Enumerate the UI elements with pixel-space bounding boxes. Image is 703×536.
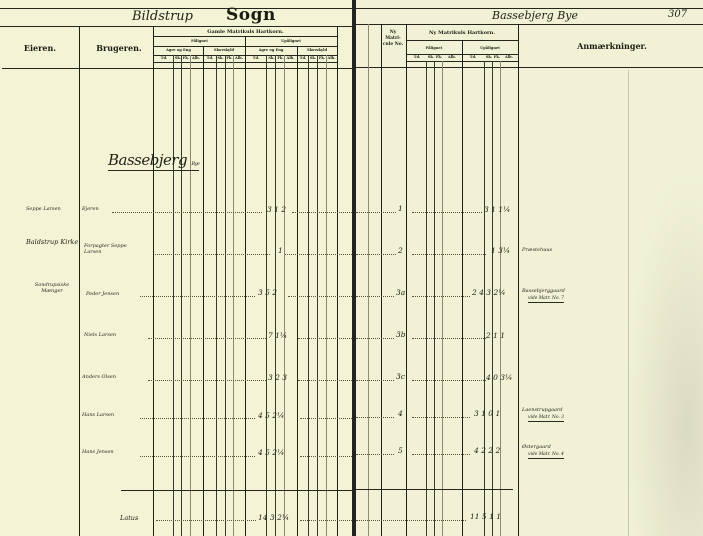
old-hartkorn-value: 3 2 3: [268, 373, 287, 382]
user-cell: Hans Larsen: [82, 412, 114, 418]
col-rule: [284, 55, 285, 536]
hartkorn-remarks-divider: [518, 24, 519, 536]
dot-leader: [140, 418, 255, 420]
dot-leader: [298, 380, 352, 382]
page-number: 307: [668, 9, 687, 20]
unit-td: Td.: [247, 56, 265, 60]
unit-alb: Alb.: [502, 55, 516, 59]
total-value: 14 3 2¼: [258, 513, 289, 522]
unit-fk: Fk.: [182, 56, 190, 60]
dot-leader: [356, 296, 394, 298]
old-hartkorn-header: Gamle Matrikuls Hartkorn.: [154, 29, 337, 35]
new-hartkorn-value: 3 1 0 1: [474, 409, 500, 418]
new-matrikel-no-header: Ny Matri-cule No.: [382, 30, 404, 48]
dot-leader: [140, 456, 255, 458]
village-name: Bassebjerg: [108, 151, 187, 169]
col-rule: [297, 46, 298, 536]
total-value: 11 5 1 1: [470, 512, 501, 521]
old-hartkorn-value: 3 1 2: [267, 205, 286, 214]
unit-alb: Alb.: [234, 56, 244, 60]
new-hartkorn-value: 2 4 3 2¼: [472, 288, 506, 297]
matrikel-right-divider: [406, 24, 407, 536]
assessed-divider: [245, 36, 246, 536]
unit-td: Td.: [408, 55, 426, 59]
owner-user-divider: [79, 26, 80, 536]
dot-leader: [288, 296, 352, 298]
dot-leader: [300, 520, 352, 522]
remark-cell: Laenstrupgaard: [522, 407, 563, 413]
village-suffix: Bye: [191, 161, 199, 167]
new-unassessed-header: Upålignet: [462, 46, 518, 50]
old-forest-2: Skovskyld: [297, 48, 337, 52]
new-hartkorn-value: 4 2 2 2: [474, 446, 500, 455]
user-cell: Ejeren: [82, 206, 99, 212]
unit-td: Td.: [204, 56, 216, 60]
remark-sub: vide Matr. No. 7: [528, 296, 564, 303]
dot-leader: [155, 254, 270, 256]
old-unassessed-header: Upålignet: [245, 39, 337, 43]
dot-leader: [156, 520, 256, 522]
faint-guide: [628, 70, 629, 536]
dot-leader: [412, 380, 486, 382]
dot-leader: [356, 254, 396, 256]
user-hartkorn-divider: [153, 26, 154, 536]
unit-alb: Alb.: [285, 56, 296, 60]
remarks-column-header: Anmærkninger.: [552, 41, 672, 51]
right-page: Bassebjerg Bye 307 Ny Matri-cule No. Ny …: [356, 0, 703, 536]
total-rule: [356, 489, 513, 490]
unit-alb: Alb.: [190, 56, 202, 60]
old-field-meadow-2: Agre og Eng: [245, 48, 297, 52]
unit-fk: Fk.: [318, 56, 326, 60]
matrikel-number: 3b: [396, 330, 406, 339]
user-cell: Forpagter Seppe Larsen: [84, 243, 144, 255]
dot-leader: [356, 338, 394, 340]
col-rule: [492, 61, 493, 536]
matrikel-number: 3c: [396, 372, 405, 381]
new-hartkorn-value: 4 0 3¼: [486, 373, 512, 382]
unit-sk: Sk.: [485, 55, 493, 59]
dot-leader: [412, 296, 470, 298]
col-rule: [368, 24, 369, 536]
dot-leader: [300, 418, 352, 420]
old-forest-1: Skovskyld: [203, 48, 245, 52]
owner-cell: Baldstrup Kirke: [26, 238, 78, 246]
unit-td: Td.: [298, 56, 308, 60]
unit-sk: Sk.: [309, 56, 317, 60]
dot-leader: [298, 338, 352, 340]
dot-leader: [285, 254, 352, 256]
dot-leader: [356, 212, 396, 214]
user-cell: Hans Jensen: [82, 449, 114, 455]
old-hartkorn-value: 3 5 2: [258, 288, 277, 297]
dot-leader: [140, 296, 255, 298]
left-page: Bildstrup Sogn Eieren. Brugeren. Gamle M…: [0, 0, 353, 536]
unit-sk: Sk.: [216, 56, 225, 60]
new-hartkorn-value: 1 3¼: [491, 246, 510, 255]
col-rule: [442, 61, 443, 536]
unit-fk: Fk.: [493, 55, 501, 59]
dot-leader: [412, 254, 486, 256]
old-hartkorn-value: 7 1¼: [268, 331, 287, 340]
col-rule: [434, 61, 435, 536]
matrikel-number: 3a: [396, 288, 405, 297]
user-cell: Anders Olsen: [82, 374, 116, 380]
user-column-header: Brugeren.: [86, 43, 152, 53]
dot-leader: [412, 212, 482, 214]
unit-td: Td.: [156, 56, 172, 60]
remark-cell: Præstehuus: [522, 247, 552, 253]
owner-cell: Seppe Larsen: [26, 206, 61, 212]
dot-leader: [412, 454, 470, 456]
matrikel-number: 4: [398, 409, 403, 418]
dot-leader: [356, 417, 394, 419]
village-name-handwritten: Bassebjerg Bye: [492, 9, 578, 22]
village-heading: Bassebjerg Bye: [108, 151, 199, 171]
remark-cell: Bassebjerggaard: [522, 288, 565, 294]
dot-leader: [356, 454, 394, 456]
col-rule: [500, 61, 501, 536]
old-hartkorn-value: 4 5 2¼: [258, 448, 284, 457]
remark-sub: vide Matr. No. 4: [528, 452, 564, 459]
title-rule: [0, 26, 353, 27]
title-rule: [356, 24, 703, 25]
dot-leader: [356, 380, 394, 382]
old-hartkorn-value: 4 5 2¼: [258, 411, 284, 420]
new-assessed-header: Pålignet: [406, 46, 462, 50]
matrikel-number: 5: [398, 446, 403, 455]
assessed-divider: [462, 40, 463, 536]
dot-leader: [112, 212, 262, 214]
matrikel-number: 2: [398, 246, 403, 255]
header-bottom-rule: [2, 68, 353, 69]
header-bottom-rule: [356, 67, 703, 68]
dot-leader: [148, 338, 266, 340]
owner-column-header: Eieren.: [10, 43, 70, 53]
owner-cell: Sondrupsiske Mænger: [26, 282, 78, 294]
new-hartkorn-value: 2 1 1: [486, 331, 505, 340]
matrikel-number: 1: [398, 204, 403, 213]
total-label: Latus: [120, 514, 138, 522]
unit-alb: Alb.: [444, 55, 460, 59]
dot-leader: [412, 417, 470, 419]
dot-leader: [356, 520, 466, 522]
col-rule: [484, 61, 485, 536]
total-rule: [121, 490, 353, 491]
page-stain: [623, 170, 703, 536]
matrikel-left-divider: [381, 24, 382, 536]
unit-td: Td.: [464, 55, 482, 59]
col-rule: [203, 46, 204, 536]
col-rule: [426, 61, 427, 536]
old-assessed-header: Pålignet: [154, 39, 245, 43]
sogn-label: Sogn: [226, 5, 276, 25]
user-cell: Peder Jensen: [86, 291, 119, 297]
dot-leader: [300, 456, 352, 458]
unit-alb: Alb.: [327, 56, 336, 60]
remark-sub: vide Matr. No. 3: [528, 415, 564, 422]
dot-leader: [412, 338, 486, 340]
dot-leader: [148, 380, 266, 382]
remark-cell: Østergaard: [522, 444, 551, 450]
old-field-meadow-1: Agre og Eng: [154, 48, 203, 52]
new-hartkorn-header: Ny Matrikuls Hartkorn.: [406, 30, 518, 36]
old-hartkorn-value: 1: [278, 246, 283, 255]
hartkorn-end-divider: [337, 26, 338, 536]
parish-name-handwritten: Bildstrup: [132, 9, 193, 24]
unit-sk: Sk.: [427, 55, 435, 59]
unit-fk: Fk.: [435, 55, 443, 59]
dot-leader: [292, 212, 352, 214]
user-cell: Niels Larsen: [84, 332, 116, 338]
new-hartkorn-value: 3 1 1¼: [484, 205, 510, 214]
